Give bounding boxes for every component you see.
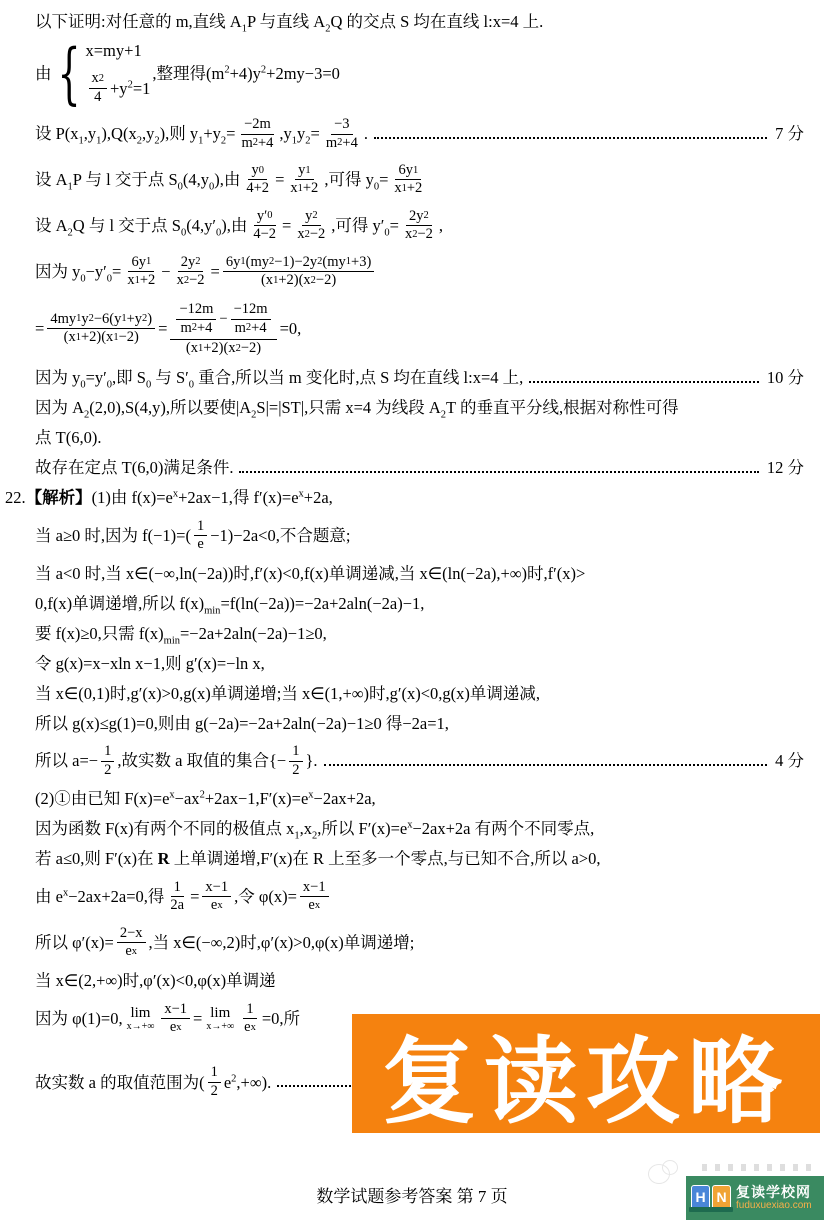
fraction: 1e	[194, 518, 207, 554]
math-text: ,可得 y0=	[324, 169, 388, 190]
math-text: 22.	[5, 487, 26, 508]
fraction: y′04−2	[250, 208, 279, 244]
math-text: 设 P(x1,y1),Q(x2,y2),则 y1+y2=	[35, 123, 235, 144]
subscript: 2	[154, 136, 159, 147]
solution-line: 由 ex−2ax+2a=0,得12a=x−1ex,令 φ(x)=x−1ex	[35, 877, 804, 917]
fraction-numerator: 2y2	[178, 254, 204, 272]
solution-line: 设 A2Q 与 l 交于点 S0(4,y′0),由y′04−2=y2x2−2,可…	[35, 206, 804, 246]
fraction: −12mm2+4	[231, 301, 271, 337]
math-text: 因为 y0−y′0=	[35, 261, 121, 282]
logo-text: 复读学校网 fuduxuexiao.com	[736, 1185, 812, 1211]
solution-line: 设 A1P 与 l 交于点 S0(4,y0),由y04+2=y1x1+2,可得 …	[35, 160, 804, 200]
solution-line: 因为函数 F(x)有两个不同的极值点 x1,x2,所以 F′(x)=ex−2ax…	[35, 817, 804, 841]
solution-line: 当 x∈(0,1)时,g′(x)>0,g(x)单调递增;当 x∈(1,+∞)时,…	[35, 681, 804, 705]
math-text: 要 f(x)≥0,只需 f(x)min=−2a+2aln(−2a)−1≥0,	[35, 623, 327, 644]
fraction: −2mm2+4	[238, 116, 276, 152]
solution-line: 由{x=my+1x24+y2=1,整理得(m2+4)y2+2my−3=0	[35, 40, 804, 108]
math-text: 故存在定点 T(6,0)满足条件.	[35, 457, 233, 478]
fraction-numerator: 6y1(my2−1)−2y2(my1+3)	[223, 254, 374, 272]
math-text: ,令 φ(x)=	[234, 886, 297, 907]
solution-line: 因为 y0−y′0=6y1x1+2−2y2x2−2=6y1(my2−1)−2y2…	[35, 252, 804, 292]
score-label: 4 分	[775, 750, 804, 771]
fraction-denominator: ex	[208, 897, 226, 914]
fraction: 12a	[167, 879, 187, 915]
fraction: 2y2x2−2	[402, 208, 436, 244]
solution-line: 22.【解析】(1)由 f(x)=ex+2ax−1,得 f′(x)=ex+2a,	[5, 486, 804, 510]
fraction-numerator: −12m	[231, 301, 271, 319]
logo-book-base	[689, 1207, 733, 1212]
subscript: 0	[189, 379, 194, 390]
fraction: x24	[89, 70, 108, 106]
math-text: e2,+∞).	[224, 1072, 271, 1093]
subscript: min	[164, 635, 180, 646]
math-text: =	[211, 261, 220, 282]
fraction-denominator: x1+2	[287, 180, 321, 197]
solution-content: 以下证明:对任意的 m,直线 A1P 与直线 A2Q 的交点 S 均在直线 l:…	[35, 10, 804, 1108]
math-text: (1)由 f(x)=ex+2ax−1,得 f′(x)=ex+2a,	[92, 487, 333, 508]
superscript: 2	[231, 1073, 236, 1084]
subscript: 1	[292, 136, 297, 147]
math-text: ,	[439, 215, 443, 236]
fraction-numerator: y1	[295, 162, 314, 180]
math-text: 设 A2Q 与 l 交于点 S0(4,y′0),由	[35, 215, 247, 236]
fraction-denominator: 4	[91, 89, 104, 106]
fraction-denominator: m2+4	[323, 135, 361, 152]
subscript: 2	[312, 831, 317, 842]
superscript: x	[173, 488, 178, 499]
fraction-numerator: x−1	[300, 879, 329, 897]
fraction: y04+2	[243, 162, 272, 198]
math-text: =	[190, 886, 199, 907]
limit-subscript: x→+∞	[206, 1022, 234, 1032]
fraction-numerator: 1	[171, 879, 184, 897]
fraction-numerator: 6y1	[128, 254, 154, 272]
fraction-denominator: 4+2	[243, 180, 272, 197]
fraction-denominator: ex	[122, 943, 140, 960]
dotted-leader	[324, 764, 768, 766]
logo-site-name: 复读学校网	[736, 1185, 812, 1200]
math-text: 故实数 a 的取值范围为(	[35, 1072, 205, 1093]
fraction-numerator: 2y2	[406, 208, 432, 226]
solution-line: 因为 A2(2,0),S(4,y),所以要使|A2S|=|ST|,只需 x=4 …	[35, 396, 804, 420]
fraction-numerator: x−1	[202, 879, 231, 897]
math-text: 由	[35, 63, 52, 84]
solution-line: 当 a≥0 时,因为 f(−1)=(1e−1)−2a<0,不合题意;	[35, 516, 804, 556]
fraction: −12mm2+4−−12mm2+4(x1+2)(x2−2)	[170, 299, 276, 357]
subscript: 0	[80, 379, 85, 390]
fraction-denominator: ex	[305, 897, 323, 914]
solution-line: 故存在定点 T(6,0)满足条件.12 分	[35, 456, 804, 480]
math-text: 令 g(x)=x−xln x−1,则 g′(x)=−ln x,	[35, 653, 265, 674]
subscript: 0	[181, 227, 186, 238]
subscript: 1	[79, 136, 84, 147]
math-text: }.	[306, 750, 318, 771]
fraction-denominator: x2−2	[174, 272, 208, 289]
subscript: 0	[146, 379, 151, 390]
math-text: 当 x∈(2,+∞)时,φ′(x)<0,φ(x)单调递	[35, 970, 276, 991]
solution-line: 所以 φ′(x)=2−xex,当 x∈(−∞,2)时,φ′(x)>0,φ(x)单…	[35, 923, 804, 963]
math-text: 上单调递增,F′(x)在 R 上至多一个零点,与已知不合,所以 a>0,	[170, 848, 601, 869]
fraction-denominator: e	[194, 536, 206, 553]
fraction-denominator: x2−2	[294, 226, 328, 243]
fraction-numerator: 1	[243, 1001, 256, 1019]
dotted-leader	[239, 471, 758, 473]
limit-operator: limx→+∞	[127, 1006, 155, 1032]
fraction-numerator: −3	[331, 116, 352, 134]
math-text: =	[282, 215, 291, 236]
math-text: =	[35, 318, 44, 339]
math-text: .	[364, 123, 368, 144]
math-text: 所以 a=−	[35, 750, 98, 771]
superscript: 2	[128, 79, 133, 90]
solution-line: 令 g(x)=x−xln x−1,则 g′(x)=−ln x,	[35, 651, 804, 675]
math-text: 因为 φ(1)=0,	[35, 1008, 123, 1029]
subscript: 0	[209, 181, 214, 192]
math-text: 当 a<0 时,当 x∈(−∞,ln(−2a))时,f′(x)<0,f(x)单调…	[35, 563, 585, 584]
fraction: 12	[101, 743, 114, 779]
fraction: −12mm2+4	[176, 301, 216, 337]
fraction: 4my1y2−6(y1+y2)(x1+2)(x1−2)	[47, 311, 155, 347]
math-text: 当 a≥0 时,因为 f(−1)=(	[35, 525, 191, 546]
math-text: 所以 g(x)≤g(1)=0,则由 g(−2a)=−2a+2aln(−2a)−1…	[35, 713, 449, 734]
fraction: 1ex	[241, 1001, 259, 1037]
subscript: min	[204, 605, 220, 616]
system-rows: x=my+1x24+y2=1	[86, 40, 151, 108]
superscript: x	[63, 888, 68, 899]
fraction-denominator: 2a	[167, 897, 187, 914]
logo-book-n: N	[712, 1185, 731, 1208]
fraction-denominator: x1+2	[124, 272, 158, 289]
superscript: 2	[224, 65, 229, 76]
document-page: 以下证明:对任意的 m,直线 A1P 与直线 A2Q 的交点 S 均在直线 l:…	[0, 0, 824, 1220]
math-text: ,y1y2=	[279, 123, 319, 144]
fraction: 12	[289, 743, 302, 779]
solution-line: 设 P(x1,y1),Q(x2,y2),则 y1+y2=−2mm2+4,y1y2…	[35, 114, 804, 154]
fraction-numerator: 4my1y2−6(y1+y2)	[47, 311, 155, 329]
superscript: x	[299, 488, 304, 499]
dotted-leader	[529, 381, 759, 383]
math-text: =0,	[280, 318, 302, 339]
math-text: x=my+1	[86, 40, 142, 61]
subscript: 2	[251, 409, 256, 420]
fraction-denominator: (x1+2)(x2−2)	[258, 272, 339, 289]
fraction-denominator: x2−2	[402, 226, 436, 243]
subscript: 1	[242, 24, 247, 35]
math-text: 由 ex−2ax+2a=0,得	[35, 886, 164, 907]
subscript: 1	[68, 181, 73, 192]
fraction-numerator: 2−x	[117, 925, 146, 943]
fraction-denominator: m2+4	[177, 320, 215, 337]
fraction-numerator: 1	[194, 518, 207, 536]
math-text: =	[158, 318, 167, 339]
fraction-denominator: 2	[208, 1083, 221, 1100]
fraction-denominator: 4−2	[250, 226, 279, 243]
subscript: 0	[384, 227, 389, 238]
fraction: 12	[208, 1064, 221, 1100]
subscript: 2	[441, 409, 446, 420]
system-row: x24+y2=1	[86, 68, 151, 108]
fraction-numerator: 1	[208, 1064, 221, 1082]
fraction-denominator: (x1+2)(x1−2)	[61, 329, 142, 346]
fraction-numerator: y2	[302, 208, 321, 226]
limit-subscript: x→+∞	[127, 1022, 155, 1032]
fraction-denominator: m2+4	[238, 135, 276, 152]
subscript: 1	[96, 136, 101, 147]
watermark-banner: 复读攻略	[352, 1014, 820, 1133]
fraction: 6y1x1+2	[391, 162, 425, 198]
subscript: 0	[216, 227, 221, 238]
math-text: ,当 x∈(−∞,2)时,φ′(x)>0,φ(x)单调递增;	[149, 932, 415, 953]
limit-word: lim	[130, 1006, 150, 1021]
math-text: (2)①由已知 F(x)=ex−ax2+2ax−1,F′(x)=ex−2ax+2…	[35, 788, 376, 809]
superscript: x	[169, 790, 174, 801]
math-text: =	[193, 1008, 202, 1029]
site-logo: H N 复读学校网 fuduxuexiao.com	[686, 1176, 824, 1220]
math-text: +y2=1	[110, 78, 150, 99]
superscript: x	[407, 820, 412, 831]
fraction-numerator: 6y1	[395, 162, 421, 180]
solution-line: 当 x∈(2,+∞)时,φ′(x)<0,φ(x)单调递	[35, 969, 804, 993]
solution-line: 0,f(x)单调递增,所以 f(x)min=f(ln(−2a))=−2a+2al…	[35, 591, 804, 615]
subscript: 2	[305, 136, 310, 147]
solution-line: 点 T(6,0).	[35, 426, 804, 450]
fraction: 6y1x1+2	[124, 254, 158, 290]
dotted-leader	[374, 137, 767, 139]
fraction: y2x2−2	[294, 208, 328, 244]
fraction-numerator: x2	[89, 70, 108, 88]
solution-line: =4my1y2−6(y1+y2)(x1+2)(x1−2)=−12mm2+4−−1…	[35, 297, 804, 359]
solution-line: 要 f(x)≥0,只需 f(x)min=−2a+2aln(−2a)−1≥0,	[35, 621, 804, 645]
math-text: ,可得 y′0=	[331, 215, 399, 236]
subscript: 0	[374, 181, 379, 192]
fraction-denominator: 2	[289, 762, 302, 779]
math-text: ,故实数 a 取值的集合{−	[117, 750, 286, 771]
math-text: 所以 φ′(x)=	[35, 932, 114, 953]
fraction: −3m2+4	[323, 116, 361, 152]
solution-line: 所以 g(x)≤g(1)=0,则由 g(−2a)=−2a+2aln(−2a)−1…	[35, 711, 804, 735]
math-text: 点 T(6,0).	[35, 427, 101, 448]
fraction: 2−xex	[117, 925, 146, 961]
subscript: 1	[198, 136, 203, 147]
system-row: x=my+1	[86, 40, 142, 61]
solution-line: 若 a≤0,则 F′(x)在 R 上单调递增,F′(x)在 R 上至多一个零点,…	[35, 847, 804, 871]
fraction: y1x1+2	[287, 162, 321, 198]
fraction-denominator: (x1+2)(x2−2)	[183, 340, 264, 357]
fraction-denominator: ex	[167, 1019, 185, 1036]
fraction: x−1ex	[300, 879, 329, 915]
fraction-numerator: x−1	[161, 1001, 190, 1019]
fraction-denominator: ex	[241, 1019, 259, 1036]
limit-word: lim	[210, 1006, 230, 1021]
subscript: 2	[325, 24, 330, 35]
fraction-numerator: −2m	[241, 116, 274, 134]
solution-line: 因为 y0=y′0,即 S0 与 S′0 重合,所以当 m 变化时,点 S 均在…	[35, 366, 804, 390]
subscript: 1	[294, 831, 299, 842]
fraction-denominator: m2+4	[232, 320, 270, 337]
bold-text: 【解析】	[26, 487, 92, 508]
solution-line: 当 a<0 时,当 x∈(−∞,ln(−2a))时,f′(x)<0,f(x)单调…	[35, 561, 804, 585]
score-label: 12 分	[767, 457, 804, 478]
math-text: =0,所	[262, 1008, 300, 1029]
logo-books-icon: H N	[691, 1185, 731, 1211]
math-text: 因为函数 F(x)有两个不同的极值点 x1,x2,所以 F′(x)=ex−2ax…	[35, 818, 594, 839]
fraction-numerator: 1	[101, 743, 114, 761]
math-text: −	[161, 261, 170, 282]
solution-line: 以下证明:对任意的 m,直线 A1P 与直线 A2Q 的交点 S 均在直线 l:…	[35, 10, 804, 34]
solution-line: (2)①由已知 F(x)=ex−ax2+2ax−1,F′(x)=ex−2ax+2…	[35, 787, 804, 811]
subscript: 0	[80, 273, 85, 284]
solution-line: 所以 a=−12,故实数 a 取值的集合{−12}.4 分	[35, 741, 804, 781]
superscript: 2	[261, 65, 266, 76]
score-label: 10 分	[767, 367, 804, 388]
math-text: 设 A1P 与 l 交于点 S0(4,y0),由	[35, 169, 240, 190]
logo-book-h: H	[691, 1185, 710, 1208]
fraction-denominator: 2	[101, 762, 114, 779]
bold-text: R	[158, 848, 170, 869]
fraction: 2y2x2−2	[174, 254, 208, 290]
fraction-numerator: y′0	[254, 208, 276, 226]
math-text: 因为 y0=y′0,即 S0 与 S′0 重合,所以当 m 变化时,点 S 均在…	[35, 367, 523, 388]
superscript: 2	[200, 790, 205, 801]
subscript: 2	[221, 136, 226, 147]
fraction-denominator: x1+2	[391, 180, 425, 197]
math-text: 因为 A2(2,0),S(4,y),所以要使|A2S|=|ST|,只需 x=4 …	[35, 397, 679, 418]
subscript: 2	[137, 136, 142, 147]
system-brace: {	[57, 46, 80, 102]
subscript: 0	[178, 181, 183, 192]
fraction: x−1ex	[202, 879, 231, 915]
subscript: 0	[107, 273, 112, 284]
math-text: 以下证明:对任意的 m,直线 A1P 与直线 A2Q 的交点 S 均在直线 l:…	[35, 11, 543, 32]
fraction-numerator: −12m	[176, 301, 216, 319]
watermark-banner-text: 复读攻略	[382, 1014, 790, 1133]
math-text: =	[275, 169, 284, 190]
subscript: 0	[107, 379, 112, 390]
math-text: 0,f(x)单调递增,所以 f(x)min=f(ln(−2a))=−2a+2al…	[35, 593, 424, 614]
faint-watermark-residue	[702, 1164, 814, 1171]
fraction: x−1ex	[161, 1001, 190, 1037]
fraction-numerator: 1	[289, 743, 302, 761]
fraction: 6y1(my2−1)−2y2(my1+3)(x1+2)(x2−2)	[223, 254, 374, 290]
logo-site-domain: fuduxuexiao.com	[736, 1200, 812, 1211]
equation-system: {x=my+1x24+y2=1	[54, 40, 151, 108]
subscript: 2	[68, 227, 73, 238]
math-text: 当 x∈(0,1)时,g′(x)>0,g(x)单调递增;当 x∈(1,+∞)时,…	[35, 683, 540, 704]
faint-circle	[662, 1160, 678, 1175]
math-text: −	[219, 311, 227, 328]
fraction-numerator: −12mm2+4−−12mm2+4	[170, 299, 276, 340]
math-text: 若 a≤0,则 F′(x)在	[35, 848, 158, 869]
math-text: −1)−2a<0,不合题意;	[210, 525, 350, 546]
fraction-numerator: y0	[248, 162, 267, 180]
math-text: ,整理得(m2+4)y2+2my−3=0	[152, 63, 340, 84]
subscript: 2	[84, 409, 89, 420]
score-label: 7 分	[775, 123, 804, 144]
limit-operator: limx→+∞	[206, 1006, 234, 1032]
superscript: x	[308, 790, 313, 801]
